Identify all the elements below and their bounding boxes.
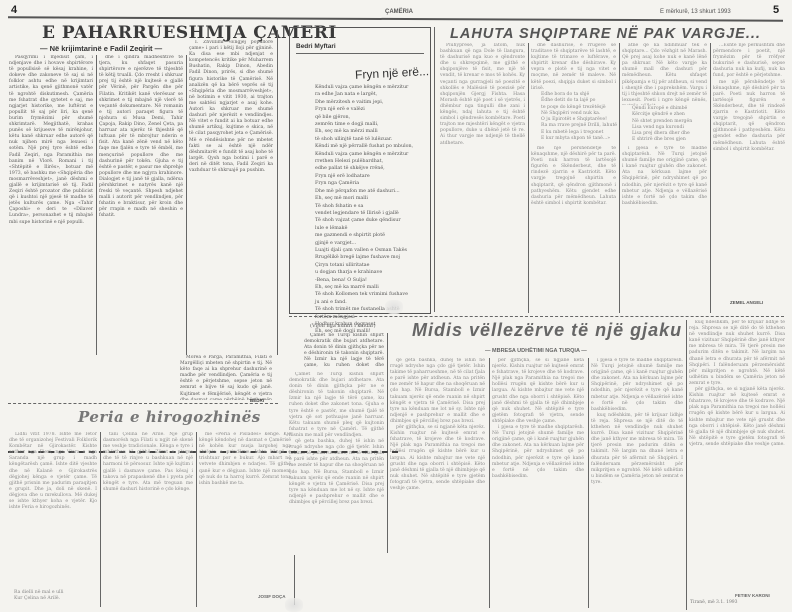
column-divider (619, 43, 620, 313)
poem-line: Luajti djali çam vallen e Osman Takës (315, 247, 413, 254)
article-column: me një përshëndetje të kënaqshme, një dë… (531, 146, 616, 312)
author-underline (296, 53, 424, 54)
article-author: JOSIF DOÇA (258, 594, 286, 599)
article-column: I. Zhvillimi «Ëngjëj popullore çame» i p… (189, 40, 273, 355)
poem-line: me gazmendi e shpirtit plotë (315, 232, 413, 239)
column-divider (528, 43, 529, 313)
article-title-lahuta: LAHUTA SHQIPTARE NË PAK VARGJE... (450, 26, 761, 42)
verse-lines: Ra dielli në mal e ulliKur Çelina në Ari… (14, 590, 63, 602)
poem-line: -Bena, bena! O Sulja! (315, 277, 413, 284)
column-divider (100, 432, 101, 607)
article-column: për gjithçka, se si ngjanë këta njerëz. … (492, 358, 584, 608)
article-subtitle-midis: — MBRESA UDHËTIMI NGA TURQIA — (485, 348, 587, 354)
article-column: Lidhi vitit 1978. Ishte më Tetor dhe të … (9, 432, 97, 602)
poem-line: Të shoh vajzat çame duke qëndisur (315, 217, 413, 224)
article-column: që geta bashka, duhej të ishin në rrugë … (390, 358, 485, 608)
article-author: ZEMEL ANGELI (730, 300, 763, 305)
continuation-note: (Vijon nga numri i kaluar) (310, 323, 376, 329)
poem-line: Këndi më një përrallë fushat po mbulon, (315, 143, 413, 150)
poem-line: Fryn një erë lodhatare (315, 173, 413, 180)
masthead: ÇAMËRIA (385, 9, 413, 15)
column-divider (387, 333, 388, 553)
article-column: dhe dashurisë, e rrugëve së traditave të… (531, 43, 616, 91)
article-column: Morea e Parga, Paramithia, Filati e Marg… (180, 355, 272, 400)
article-column: atnë që ka ndihmuar tek e shqiptare... Ç… (622, 43, 707, 105)
poem-line: te poqe do këngë trezëtësjë (541, 105, 617, 111)
poem-line: Çiryn totani ulliritatae (315, 262, 413, 269)
article-column: Çamët në Turqi kishin shpirt demokratik … (289, 372, 384, 552)
poem-line: fortëm mëngjesi (315, 314, 413, 321)
article-column: kuq ndëshkim, për të krijuar lidhje të r… (689, 320, 785, 590)
article-column: Pasqyrimi i mjedisit çam, i ndjenjave dh… (9, 55, 93, 355)
section-divider (8, 403, 278, 404)
poem-line: të shoh ullinjtë tanë të lulëzuar. (315, 136, 413, 143)
article-title-midis: Midis vëllezërve të një gjaku (412, 320, 682, 341)
poem-line: gjinjë e vargjet... (315, 240, 413, 247)
article-column: Pluhypresë, ja latom, nuk bashkuan që ng… (440, 43, 525, 313)
article-column: Çamët në Turqi kishin shpirt demokratik … (304, 333, 384, 369)
column-divider (686, 320, 687, 610)
poem-line: Kënduli vajza çame këngën e mërzitur (315, 84, 413, 91)
page-number-left: 4 (11, 4, 17, 16)
poem-line: Eh, seç më mori malli (315, 195, 413, 202)
poem-lines: Edhe bora do ta shjëËdhe detit do ta laj… (541, 92, 617, 142)
poem-line: Fryn një erë e valëzi (315, 106, 413, 113)
poem-lines: Qëndi Europë e dhimbëKërcitje qëndrë e z… (632, 106, 692, 144)
poem-line: Kur Çelina në Arilë. (14, 596, 63, 602)
poem-line: Kërcitje qëndrë e zhen (632, 112, 692, 118)
column-divider (196, 432, 197, 607)
poem-line: Dhe mërzitesh e vaitim jepi, (315, 99, 413, 106)
article-column: ...Është një përkushtim dhe përmendore i… (713, 43, 785, 271)
column-divider (277, 30, 278, 355)
poem-line: vendet legjendare të Ilirisë i gjallë (315, 210, 413, 217)
poem-line: rrethen Helezi pulëbardhat, (315, 158, 413, 165)
poem-line: zemrën time e dogji malli, (315, 121, 413, 128)
page-number-right: 5 (773, 4, 779, 16)
column-divider (434, 27, 435, 312)
header-rule (8, 16, 783, 21)
poem-line: E shtrirë dhe bres gjen (632, 137, 692, 143)
article-title-feria: Peria e hirogozhinës (78, 408, 261, 426)
poem-author: Bedri Myftari (296, 43, 336, 50)
article-author: FETIEV KARONI (735, 593, 770, 598)
poem-line: E kur mbyta shpon të tanë...» (541, 136, 617, 142)
column-divider (710, 43, 711, 313)
poem-line: lule e lëmakë (315, 225, 413, 232)
poem-line: Ra ma rrave prejnë Drilli, lahutë (541, 123, 617, 129)
article-column: tani Çelina në Arilë. Një grup dasmorësh… (103, 432, 193, 607)
poem-line: Eh, seç më ka mërzi malli (315, 128, 413, 135)
poem-line: Rrugëlikë bregë lajme fushave moj (315, 254, 413, 261)
poem-line: Kënduli vajza çame këngën e mërzitur (315, 151, 413, 158)
section-divider (289, 316, 784, 317)
poem-lines: Kënduli vajza çame këngën e mërziturra e… (315, 84, 413, 336)
article-column: i pjesa e tyre të madhe shqiptarësh. Në … (591, 358, 683, 608)
poem-line: Të shoh Kollomen tek vrimimi fushave (315, 291, 413, 298)
poem-line: ra edhe Jan nata e largët, (315, 91, 413, 98)
poem-line: Dhe më përqafon me atë dashuri... (315, 188, 413, 195)
column-divider (186, 55, 187, 355)
ink-smudge (285, 598, 303, 612)
article-column: me «Peria e Pisladës» kënge. Kjo këngë k… (199, 432, 291, 592)
poem-line: edhe pallat të shkëjve rrënë, (315, 165, 413, 172)
column-divider (489, 358, 490, 608)
article-column: dhe i qindra madhështive të tjera, ku sh… (99, 55, 183, 355)
article-subtitle-pavdekesia: — Në krijimtarinë e Fadil Zeqirit — (40, 44, 162, 53)
article-column: i pjesa e tyre të madhe shqiptarësh. Në … (622, 146, 707, 312)
poem-line: Të shoh fshatin e sa (315, 203, 413, 210)
poem-line: Fryn nga Çamëria (315, 180, 413, 187)
poem-line: u dogjan tharja e krahinave (315, 269, 413, 276)
date-line: E mërkurë, 13 shkurt 1993 (660, 9, 731, 15)
column-divider (588, 358, 589, 608)
column-divider (96, 55, 97, 355)
article-dateline: Tiranë, më 3.1. 1993 (690, 600, 738, 605)
poem-line: Në shtet prenden mergën (632, 119, 692, 125)
poem-line: që bile gjëron, (315, 114, 413, 121)
poem-line: Eh, seç më ka marrë malli (315, 284, 413, 291)
ink-smudge (385, 300, 403, 314)
